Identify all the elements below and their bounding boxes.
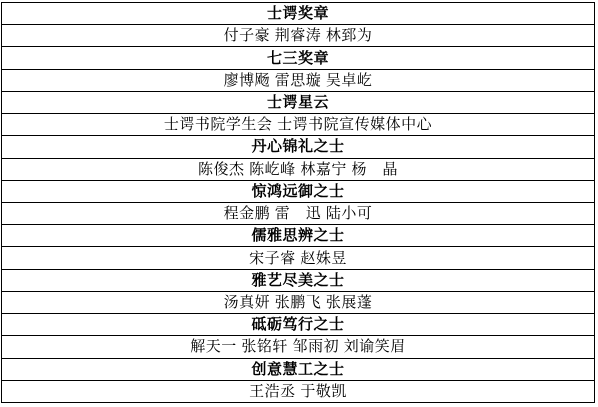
- recipients-row: 廖博飏 雷思璇 吴卓屹: [2, 70, 594, 92]
- award-title-row: 士谔星云: [2, 92, 594, 114]
- recipients-row: 解天一 张铭轩 邹雨初 刘谕笑眉: [2, 336, 594, 358]
- recipients-row: 陈俊杰 陈屹峰 林嘉宁 杨 晶: [2, 159, 594, 181]
- award-title-row: 儒雅思辨之士: [2, 225, 594, 247]
- award-title-row: 惊鸿远御之士: [2, 181, 594, 203]
- recipients-row: 士谔书院学生会 士谔书院宣传媒体中心: [2, 114, 594, 136]
- recipients-row: 付子豪 荆睿涛 林郅为: [2, 25, 594, 47]
- award-title-row: 士谔奖章: [2, 3, 594, 25]
- award-title-row: 雅艺尽美之士: [2, 270, 594, 292]
- recipients-row: 汤真妍 张鹏飞 张展蓬: [2, 292, 594, 314]
- award-title-row: 丹心锦礼之士: [2, 136, 594, 158]
- recipients-row: 宋子睿 赵姝昱: [2, 247, 594, 269]
- award-recipients-table: 士谔奖章 付子豪 荆睿涛 林郅为 七三奖章 廖博飏 雷思璇 吴卓屹 士谔星云 士…: [1, 2, 595, 403]
- award-title-row: 砥砺笃行之士: [2, 314, 594, 336]
- award-title-row: 创意慧工之士: [2, 359, 594, 381]
- recipients-row: 王浩丞 于敬凯: [2, 381, 594, 402]
- award-title-row: 七三奖章: [2, 47, 594, 69]
- recipients-row: 程金鹏 雷 迅 陆小可: [2, 203, 594, 225]
